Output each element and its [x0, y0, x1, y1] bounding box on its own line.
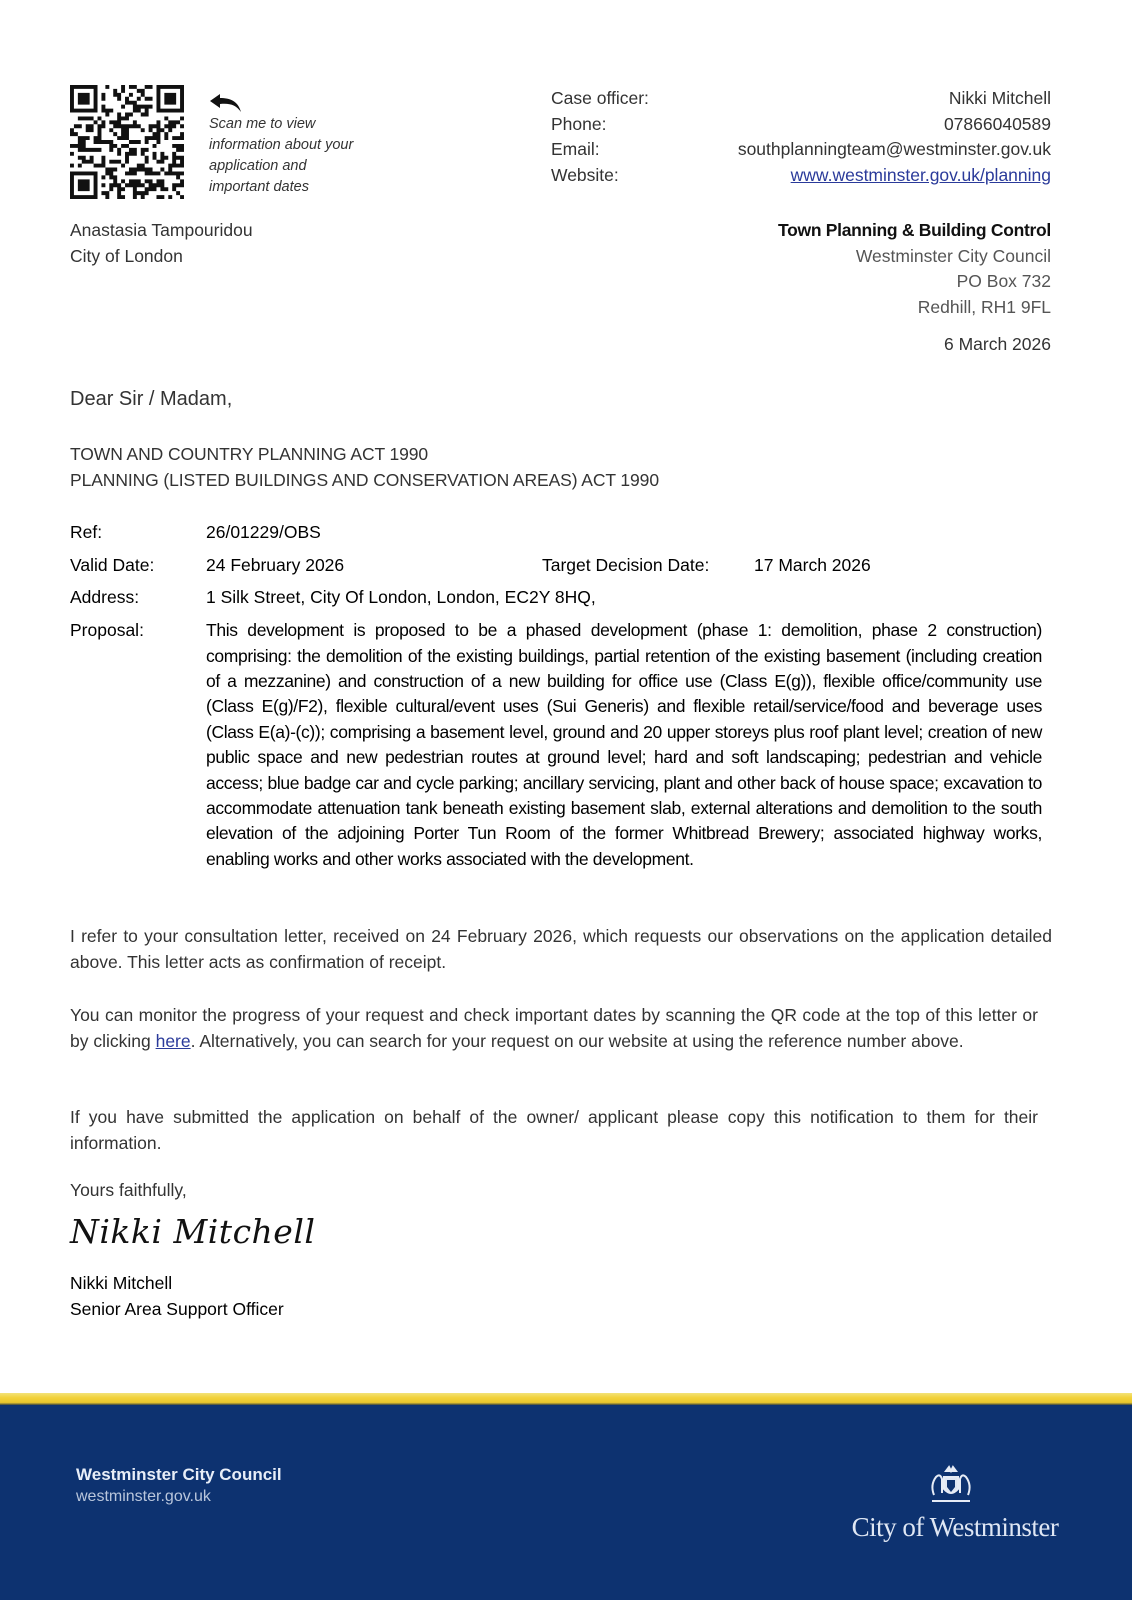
paragraph-confirmation: I refer to your consultation letter, rec…	[70, 924, 1052, 975]
act-line: PLANNING (LISTED BUILDINGS AND CONSERVAT…	[70, 468, 659, 494]
address-label: Address:	[70, 585, 206, 611]
valid-date-value: 24 February 2026	[206, 553, 542, 579]
signer-name: Nikki Mitchell	[70, 1271, 284, 1297]
phone-value: 07866040589	[944, 112, 1051, 138]
phone-label: Phone:	[551, 112, 606, 138]
here-link[interactable]: here	[156, 1031, 191, 1051]
ref-value: 26/01229/OBS	[206, 520, 1042, 546]
act-line: TOWN AND COUNTRY PLANNING ACT 1990	[70, 442, 659, 468]
footer-organisation: Westminster City Council	[76, 1465, 282, 1485]
sender-address: Town Planning & Building Control Westmin…	[778, 218, 1051, 321]
sender-po-box: PO Box 732	[778, 269, 1051, 295]
closing: Yours faithfully,	[70, 1180, 187, 1201]
curved-arrow-left-icon	[208, 92, 244, 114]
email-row: Email: southplanningteam@westminster.gov…	[551, 137, 1051, 163]
email-value: southplanningteam@westminster.gov.uk	[738, 137, 1051, 163]
signature: Nikki Mitchell	[70, 1212, 315, 1251]
recipient-address: Anastasia Tampouridou City of London	[70, 218, 253, 269]
proposal-label: Proposal:	[70, 618, 206, 872]
recipient-organisation: City of London	[70, 244, 253, 270]
proposal-value: This development is proposed to be a pha…	[206, 618, 1042, 872]
footer-stripe	[0, 1393, 1132, 1405]
website-label: Website:	[551, 163, 619, 189]
paragraph-text: . Alternatively, you can search for your…	[191, 1031, 964, 1051]
recipient-name: Anastasia Tampouridou	[70, 218, 253, 244]
coat-of-arms-icon	[926, 1465, 976, 1507]
application-details: Ref: 26/01229/OBS Valid Date: 24 Februar…	[70, 520, 1042, 879]
qr-code-icon[interactable]	[70, 85, 184, 199]
address-row: Address: 1 Silk Street, City Of London, …	[70, 585, 1042, 611]
address-value: 1 Silk Street, City Of London, London, E…	[206, 585, 1042, 611]
target-date-label: Target Decision Date:	[542, 553, 754, 579]
footer-website: westminster.gov.uk	[76, 1488, 211, 1506]
sender-department: Town Planning & Building Control	[778, 218, 1051, 244]
salutation: Dear Sir / Madam,	[70, 388, 232, 411]
paragraph-monitor: You can monitor the progress of your req…	[70, 1003, 1038, 1054]
ref-row: Ref: 26/01229/OBS	[70, 520, 1042, 546]
signer-title: Senior Area Support Officer	[70, 1297, 284, 1323]
valid-date-label: Valid Date:	[70, 553, 206, 579]
ref-label: Ref:	[70, 520, 206, 546]
target-date-value: 17 March 2026	[754, 553, 1042, 579]
contact-block: Case officer: Nikki Mitchell Phone: 0786…	[551, 86, 1051, 189]
proposal-row: Proposal: This development is proposed t…	[70, 618, 1042, 872]
case-officer-label: Case officer:	[551, 86, 649, 112]
dates-row: Valid Date: 24 February 2026 Target Deci…	[70, 553, 1042, 579]
paragraph-notify-owner: If you have submitted the application on…	[70, 1105, 1038, 1156]
email-label: Email:	[551, 137, 600, 163]
sender-council: Westminster City Council	[778, 244, 1051, 270]
website-link[interactable]: www.westminster.gov.uk/planning	[791, 163, 1051, 189]
qr-caption: Scan me to view information about your a…	[209, 114, 369, 198]
sender-town: Redhill, RH1 9FL	[778, 295, 1051, 321]
website-row: Website: www.westminster.gov.uk/planning	[551, 163, 1051, 189]
signer-block: Nikki Mitchell Senior Area Support Offic…	[70, 1271, 284, 1322]
case-officer-row: Case officer: Nikki Mitchell	[551, 86, 1051, 112]
letter-date: 6 March 2026	[944, 334, 1051, 355]
case-officer-value: Nikki Mitchell	[949, 86, 1051, 112]
footer-city-name: City of Westminster	[845, 1512, 1065, 1543]
acts-heading: TOWN AND COUNTRY PLANNING ACT 1990 PLANN…	[70, 442, 659, 493]
phone-row: Phone: 07866040589	[551, 112, 1051, 138]
